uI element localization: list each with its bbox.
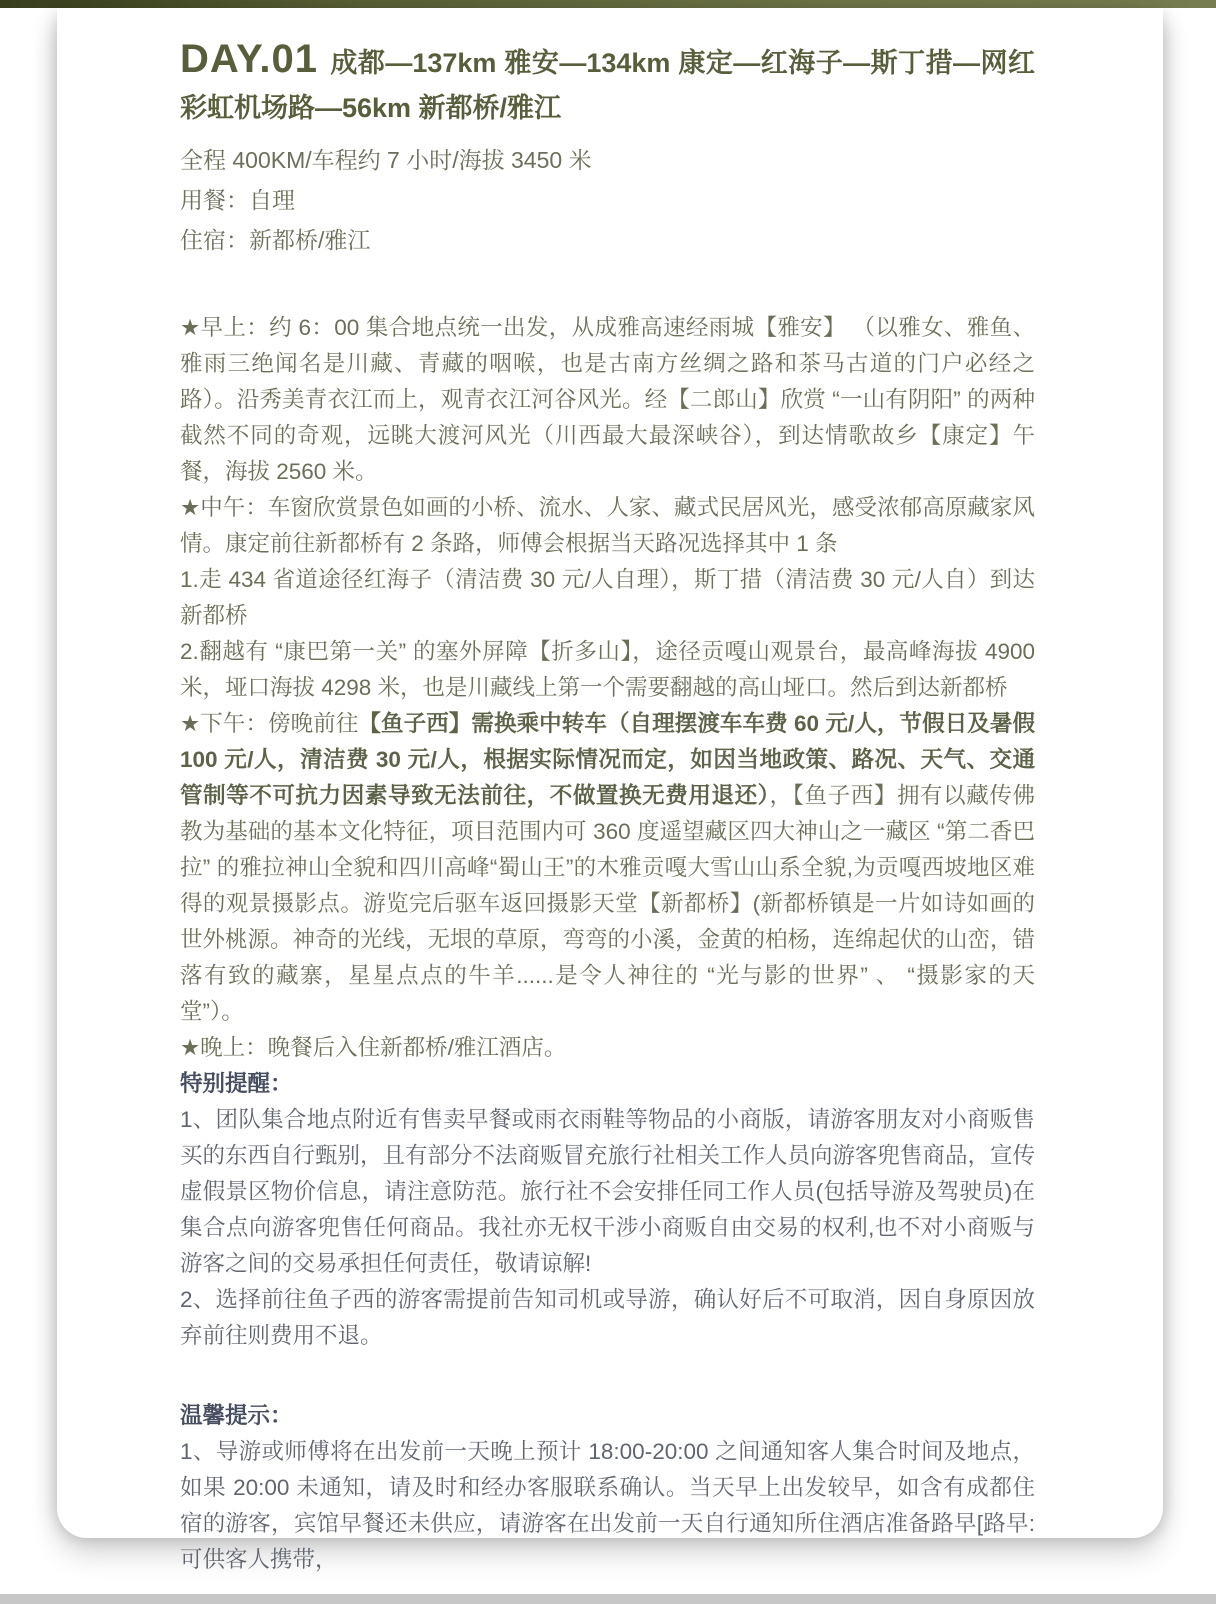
paragraph-noon: ★中午：车窗欣赏景色如画的小桥、流水、人家、藏式民居风光，感受浓郁高原藏家风情。… xyxy=(180,490,1035,562)
tips-item-1: 1、导游或师傅将在出发前一天晚上预计 18:00-20:00 之间通知客人集合时… xyxy=(180,1434,1035,1578)
trip-meta: 全程 400KM/车程约 7 小时/海拔 3450 米 用餐：自理 住宿：新都桥… xyxy=(180,140,1035,260)
paragraph-afternoon: ★下午：傍晚前往【鱼子西】需换乘中转车（自理摆渡车车费 60 元/人，节假日及暑… xyxy=(180,706,1035,1030)
meta-distance: 全程 400KM/车程约 7 小时/海拔 3450 米 xyxy=(180,140,1035,180)
day-label: DAY.01 xyxy=(180,37,318,81)
itinerary-card: DAY.01成都—137km 雅安—134km 康定—红海子—斯丁措—网红彩虹机… xyxy=(57,8,1163,1538)
afternoon-rest: ，【鱼子西】拥有以藏传佛教为基础的基本文化特征，项目范围内可 360 度遥望藏区… xyxy=(180,783,1035,1024)
afternoon-prefix: ★下午：傍晚前往 xyxy=(180,711,358,736)
paragraph-route-option-1: 1.走 434 省道途径红海子（清洁费 30 元/人自理），斯丁措（清洁费 30… xyxy=(180,562,1035,634)
special-notice-item-2: 2、选择前往鱼子西的游客需提前告知司机或导游，确认好后不可取消，因自身原因放弃前… xyxy=(180,1282,1035,1354)
bottom-gray-bar xyxy=(0,1594,1216,1604)
tips-section: 温馨提示： 1、导游或师傅将在出发前一天晚上预计 18:00-20:00 之间通… xyxy=(180,1398,1035,1578)
meta-lodging: 住宿：新都桥/雅江 xyxy=(180,220,1035,260)
paragraph-evening: ★晚上：晚餐后入住新都桥/雅江酒店。 xyxy=(180,1030,1035,1066)
top-accent-bar xyxy=(0,0,1216,8)
special-notice-item-1: 1、团队集合地点附近有售卖早餐或雨衣雨鞋等物品的小商版，请游客朋友对小商贩售买的… xyxy=(180,1102,1035,1282)
paragraph-route-option-2: 2.翻越有 “康巴第一关” 的塞外屏障【折多山】，途径贡嘎山观景台，最高峰海拔 … xyxy=(180,634,1035,706)
paragraph-morning: ★早上：约 6：00 集合地点统一出发，从成雅高速经雨城【雅安】 （以雅女、雅鱼… xyxy=(180,310,1035,490)
itinerary-body: ★早上：约 6：00 集合地点统一出发，从成雅高速经雨城【雅安】 （以雅女、雅鱼… xyxy=(180,310,1035,1066)
special-notice-section: 特别提醒： 1、团队集合地点附近有售卖早餐或雨衣雨鞋等物品的小商版，请游客朋友对… xyxy=(180,1066,1035,1354)
day-title: DAY.01成都—137km 雅安—134km 康定—红海子—斯丁措—网红彩虹机… xyxy=(180,38,1035,130)
special-notice-header: 特别提醒： xyxy=(180,1066,1035,1102)
meta-meals: 用餐：自理 xyxy=(180,180,1035,220)
tips-header: 温馨提示： xyxy=(180,1398,1035,1434)
